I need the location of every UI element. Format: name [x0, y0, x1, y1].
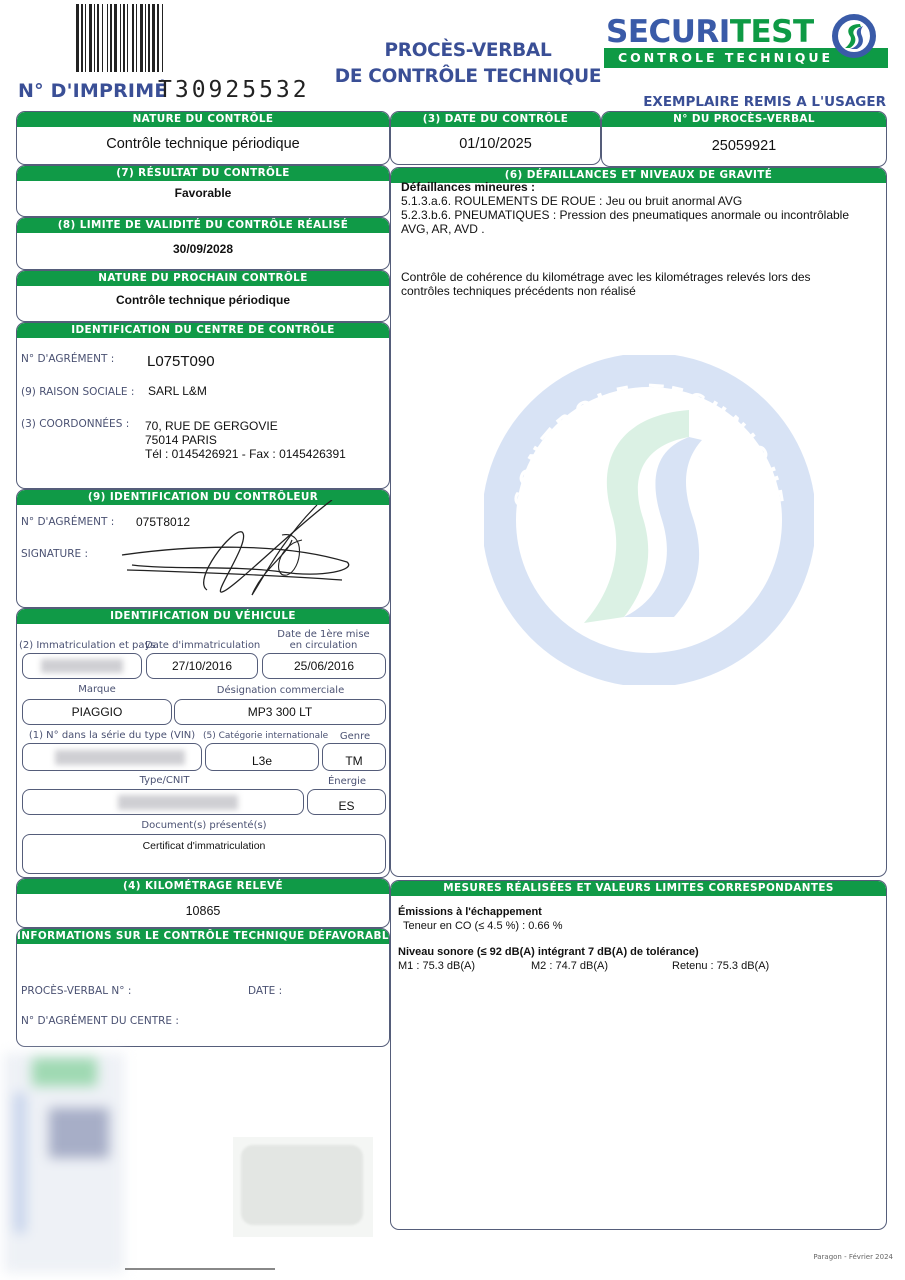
- barcode: [76, 4, 238, 72]
- defaillance-item: AVG, AR, AVD .: [401, 222, 849, 236]
- defaillance-item: 5.1.3.a.6. ROULEMENTS DE ROUE : Jeu ou b…: [401, 194, 849, 208]
- energie-label: Énergie: [307, 776, 387, 787]
- centre-title: IDENTIFICATION DU CENTRE DE CONTRÔLE: [17, 323, 389, 338]
- logo-subtitle: CONTROLE TECHNIQUE: [618, 50, 833, 65]
- resultat-value: Favorable: [17, 186, 389, 200]
- imprime-label: N° D'IMPRIMÉ: [18, 80, 168, 102]
- exemplaire-notice: EXEMPLAIRE REMIS A L'USAGER: [600, 94, 886, 110]
- defaillances-box: (6) DÉFAILLANCES ET NIVEAUX DE GRAVITÉ D…: [390, 167, 887, 877]
- defaillances-heading: Défaillances mineures :: [401, 180, 849, 194]
- centre-agrement-value: L075T090: [147, 353, 215, 370]
- coordonnees-label: (3) COORDONNÉES :: [21, 418, 129, 430]
- prochain-controle-box: NATURE DU PROCHAIN CONTRÔLE Contrôle tec…: [16, 270, 390, 322]
- emissions-heading: Émissions à l'échappement: [398, 906, 542, 918]
- m1-measure: M1 : 75.3 dB(A): [398, 960, 475, 972]
- redacted-stamp: [4, 1053, 124, 1273]
- centre-agrement-label: N° D'AGRÉMENT :: [21, 353, 114, 365]
- centre-address: 70, RUE DE GERGOVIE 75014 PARIS Tél : 01…: [145, 419, 346, 461]
- defaillances-content: Défaillances mineures : 5.1.3.a.6. ROULE…: [401, 180, 849, 298]
- sonore-heading: Niveau sonore (≤ 92 dB(A) intégrant 7 dB…: [398, 946, 699, 958]
- date-immat-field: 27/10/2016: [146, 653, 258, 679]
- kilometrage-note-line-1: Contrôle de cohérence du kilométrage ave…: [401, 270, 849, 284]
- designation-label: Désignation commerciale: [175, 685, 386, 696]
- redacted-cnit: [118, 795, 238, 810]
- document-title: PROCÈS-VERBAL DE CONTRÔLE TECHNIQUE: [330, 38, 606, 90]
- controleur-agrement-label: N° D'AGRÉMENT :: [21, 516, 114, 528]
- designation-field: MP3 300 LT: [174, 699, 386, 725]
- vin-field: [22, 743, 202, 771]
- marque-field: PIAGGIO: [22, 699, 172, 725]
- kilometrage-note-line-2: contrôles techniques précédents non réal…: [401, 284, 849, 298]
- raison-sociale-label: (9) RAISON SOCIALE :: [21, 386, 134, 398]
- date-controle-value: 01/10/2025: [391, 136, 600, 152]
- defavorable-pv-label: PROCÈS-VERBAL N° :: [21, 985, 131, 997]
- numero-pv-box: N° DU PROCÈS-VERBAL 25059921: [601, 111, 887, 167]
- cnit-field: [22, 789, 304, 815]
- securitest-s-logo-icon: [831, 13, 877, 59]
- title-line-2: DE CONTRÔLE TECHNIQUE: [330, 64, 606, 90]
- signature-label: SIGNATURE :: [21, 548, 88, 560]
- cnit-label: Type/CNIT: [22, 775, 307, 786]
- numero-pv-title: N° DU PROCÈS-VERBAL: [602, 112, 886, 127]
- prochain-controle-title: NATURE DU PROCHAIN CONTRÔLE: [17, 271, 389, 286]
- genre-field: TM: [322, 743, 386, 771]
- hologram-sticker: [233, 1137, 373, 1237]
- controleur-box: (9) IDENTIFICATION DU CONTRÔLEUR N° D'AG…: [16, 489, 390, 608]
- footer-note: Paragon - Février 2024: [813, 1253, 893, 1261]
- marque-label: Marque: [22, 684, 172, 695]
- securitest-logo: SECURITEST: [606, 14, 814, 50]
- vin-label: (1) N° dans la série du type (VIN): [22, 730, 202, 741]
- signature-image: [112, 500, 372, 600]
- numero-pv-value: 25059921: [602, 138, 886, 154]
- title-line-1: PROCÈS-VERBAL: [330, 38, 606, 64]
- resultat-box: (7) RÉSULTAT DU CONTRÔLE Favorable: [16, 165, 390, 217]
- raison-sociale-value: SARL L&M: [148, 384, 207, 398]
- defavorable-agrement-label: N° D'AGRÉMENT DU CENTRE :: [21, 1015, 179, 1027]
- defavorable-date-label: DATE :: [248, 985, 282, 997]
- vehicule-box: IDENTIFICATION DU VÉHICULE (2) Immatricu…: [16, 608, 390, 878]
- immat-field: [22, 653, 142, 679]
- defaillance-item: 5.2.3.b.6. PNEUMATIQUES : Pression des p…: [401, 208, 849, 222]
- redacted-immat: [41, 659, 123, 673]
- kilometrage-value: 10865: [17, 904, 389, 918]
- limite-validite-title: (8) LIMITE DE VALIDITÉ DU CONTRÔLE RÉALI…: [17, 218, 389, 233]
- co-measure: Teneur en CO (≤ 4.5 %) : 0.66 %: [403, 920, 563, 932]
- nature-controle-title: NATURE DU CONTRÔLE: [17, 112, 389, 127]
- documents-label: Document(s) présenté(s): [22, 820, 386, 831]
- categorie-field: L3e: [205, 743, 319, 771]
- kilometrage-box: (4) KILOMÉTRAGE RELEVÉ 10865: [16, 878, 390, 928]
- resultat-title: (7) RÉSULTAT DU CONTRÔLE: [17, 166, 389, 181]
- nature-controle-box: NATURE DU CONTRÔLE Contrôle technique pé…: [16, 111, 390, 165]
- date-circ-field: 25/06/2016: [262, 653, 386, 679]
- limite-validite-value: 30/09/2028: [17, 242, 389, 256]
- documents-field: Certificat d'immatriculation: [22, 834, 386, 874]
- defavorable-box: INFORMATIONS SUR LE CONTRÔLE TECHNIQUE D…: [16, 928, 390, 1047]
- prochain-controle-value: Contrôle technique périodique: [17, 293, 389, 307]
- defavorable-title: INFORMATIONS SUR LE CONTRÔLE TECHNIQUE D…: [17, 929, 389, 944]
- date-controle-box: (3) DATE DU CONTRÔLE 01/10/2025: [390, 111, 601, 165]
- mesures-box: MESURES RÉALISÉES ET VALEURS LIMITES COR…: [390, 880, 887, 1230]
- vehicule-title: IDENTIFICATION DU VÉHICULE: [17, 609, 389, 624]
- bottom-rule: [125, 1268, 275, 1270]
- nature-controle-value: Contrôle technique périodique: [17, 136, 389, 152]
- retenu-measure: Retenu : 75.3 dB(A): [672, 960, 769, 972]
- kilometrage-title: (4) KILOMÉTRAGE RELEVÉ: [17, 879, 389, 894]
- genre-label: Genre: [323, 731, 387, 742]
- centre-box: IDENTIFICATION DU CENTRE DE CONTRÔLE N° …: [16, 322, 390, 489]
- energie-field: ES: [307, 789, 386, 815]
- immat-label: (2) Immatriculation et pays: [19, 640, 144, 651]
- m2-measure: M2 : 74.7 dB(A): [531, 960, 608, 972]
- redacted-vin: [55, 750, 185, 765]
- imprime-number: T30925532: [158, 77, 310, 103]
- date-circ-label: Date de 1ère mise en circulation: [261, 629, 386, 651]
- categorie-label: (5) Catégorie internationale: [203, 731, 318, 741]
- date-controle-title: (3) DATE DU CONTRÔLE: [391, 112, 600, 127]
- limite-validite-box: (8) LIMITE DE VALIDITÉ DU CONTRÔLE RÉALI…: [16, 217, 390, 270]
- mesures-title: MESURES RÉALISÉES ET VALEURS LIMITES COR…: [391, 881, 886, 896]
- date-immat-label: Date d'immatriculation: [145, 640, 260, 651]
